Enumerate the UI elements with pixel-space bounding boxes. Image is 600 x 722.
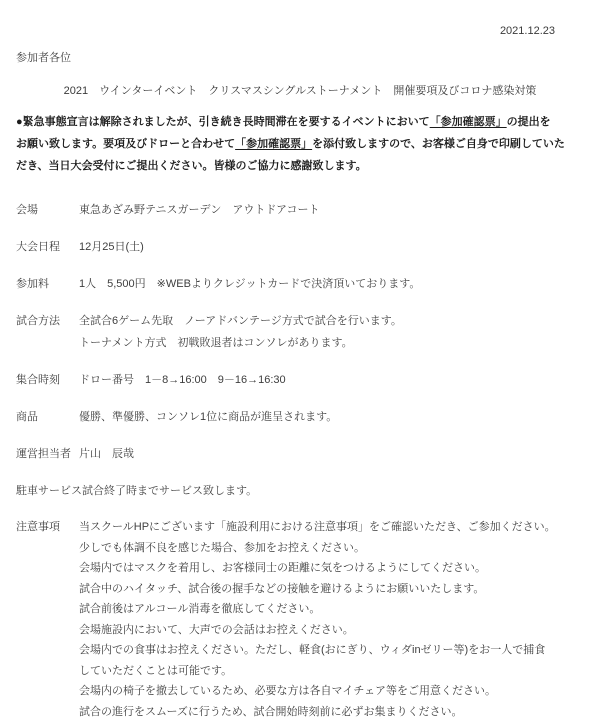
parking-value: 試合終了時までサービス致します。 xyxy=(82,480,600,502)
event-date-value: 12月25日(土) xyxy=(79,236,600,258)
notice-text: ●緊急事態宣言は解除されましたが、引き続き長時間滞在を要するイベントにおいて xyxy=(16,116,430,128)
document-title: 2021 ウインターイベント クリスマスシングルストーナメント 開催要項及びコロ… xyxy=(0,84,600,99)
notice-line: お願い致します。要項及びドローと合わせて「参加確認票」を添付致しますので、お客様… xyxy=(16,133,600,155)
notes-value-line: 会場内ではマスクを着用し、お客様同士の距離に気をつけるようにしてください。 xyxy=(79,558,600,579)
document-date: 2021.12.23 xyxy=(16,24,600,39)
parking-value-line: 試合終了時までサービス致します。 xyxy=(82,480,600,502)
entry-fee-value-line: 1人 5,500円 ※WEBよりクレジットカードで決済頂いております。 xyxy=(79,273,600,295)
info-rows: 会場東急あざみ野テニスガーデン アウトドアコート大会日程12月25日(土)参加料… xyxy=(16,199,600,722)
match-format-value: 全試合6ゲーム先取 ノーアドバンテージ方式で試合を行います。トーナメント方式 初… xyxy=(79,310,600,354)
parking-label: 駐車サービス xyxy=(16,480,82,502)
manager-value-line: 片山 辰哉 xyxy=(79,443,600,465)
notice-text: を添付致しますので、お客様ご自身で印刷していた xyxy=(312,138,565,150)
info-row-prizes: 商品優勝、準優勝、コンソレ1位に商品が進呈されます。 xyxy=(16,406,600,428)
document-page: 2021.12.23 参加者各位 2021 ウインターイベント クリスマスシング… xyxy=(0,0,600,722)
prizes-value: 優勝、準優勝、コンソレ1位に商品が進呈されます。 xyxy=(79,406,600,428)
notes-value-line: 試合の進行をスムーズに行うため、試合開始時刻前に必ずお集まりください。 xyxy=(79,702,600,722)
info-row-event-date: 大会日程12月25日(土) xyxy=(16,236,600,258)
notice-text: お願い致します。要項及びドローと合わせて xyxy=(16,138,235,150)
info-row-parking: 駐車サービス試合終了時までサービス致します。 xyxy=(16,480,600,502)
venue-label: 会場 xyxy=(16,199,79,221)
info-row-entry-fee: 参加料1人 5,500円 ※WEBよりクレジットカードで決済頂いております。 xyxy=(16,273,600,295)
notes-value-line: 会場施設内において、大声での会話はお控えください。 xyxy=(79,620,600,641)
notes-value-line: していただくことは可能です。 xyxy=(79,661,600,682)
info-row-meeting-time: 集合時刻ドロー番号 1－8→16:00 9－16→16:30 xyxy=(16,369,600,391)
venue-value: 東急あざみ野テニスガーデン アウトドアコート xyxy=(79,199,600,221)
meeting-time-value-line: ドロー番号 1－8→16:00 9－16→16:30 xyxy=(79,369,600,391)
meeting-time-label: 集合時刻 xyxy=(16,369,79,391)
notes-value-line: 試合中のハイタッチ、試合後の握手などの接触を避けるようにお願いいたします。 xyxy=(79,579,600,600)
info-row-manager: 運営担当者片山 辰哉 xyxy=(16,443,600,465)
notes-value: 当スクールHPにございます「施設利用における注意事項」をご確認いただき、ご参加く… xyxy=(79,517,600,722)
addressee: 参加者各位 xyxy=(16,51,600,66)
entry-fee-label: 参加料 xyxy=(16,273,79,295)
notice-paragraph: ●緊急事態宣言は解除されましたが、引き続き長時間滞在を要するイベントにおいて「参… xyxy=(16,111,600,177)
notice-line: だき、当日大会受付にご提出ください。皆様のご協力に感謝致します。 xyxy=(16,155,600,177)
manager-value: 片山 辰哉 xyxy=(79,443,600,465)
info-row-venue: 会場東急あざみ野テニスガーデン アウトドアコート xyxy=(16,199,600,221)
entry-fee-value: 1人 5,500円 ※WEBよりクレジットカードで決済頂いております。 xyxy=(79,273,600,295)
venue-value-line: 東急あざみ野テニスガーデン アウトドアコート xyxy=(79,199,600,221)
info-row-match-format: 試合方法全試合6ゲーム先取 ノーアドバンテージ方式で試合を行います。トーナメント… xyxy=(16,310,600,354)
match-format-label: 試合方法 xyxy=(16,310,79,354)
notes-value-line: 少しでも体調不良を感じた場合、参加をお控えください。 xyxy=(79,538,600,559)
meeting-time-value: ドロー番号 1－8→16:00 9－16→16:30 xyxy=(79,369,600,391)
notes-value-line: 会場内での食事はお控えください。ただし、軽食(おにぎり、ウィダinゼリー等)をお… xyxy=(79,640,600,661)
prizes-label: 商品 xyxy=(16,406,79,428)
match-format-value-line: トーナメント方式 初戦敗退者はコンソレがあります。 xyxy=(79,332,600,354)
notes-value-line: 当スクールHPにございます「施設利用における注意事項」をご確認いただき、ご参加く… xyxy=(79,517,600,538)
event-date-label: 大会日程 xyxy=(16,236,79,258)
notice-text: だき、当日大会受付にご提出ください。皆様のご協力に感謝致します。 xyxy=(16,160,367,172)
event-date-value-line: 12月25日(土) xyxy=(79,236,600,258)
notes-value-line: 会場内の椅子を撤去しているため、必要な方は各自マイチェア等をご用意ください。 xyxy=(79,681,600,702)
notice-underlined-text: 「参加確認票」 xyxy=(430,116,507,128)
prizes-value-line: 優勝、準優勝、コンソレ1位に商品が進呈されます。 xyxy=(79,406,600,428)
notes-value-line: 試合前後はアルコール消毒を徹底してください。 xyxy=(79,599,600,620)
match-format-value-line: 全試合6ゲーム先取 ノーアドバンテージ方式で試合を行います。 xyxy=(79,310,600,332)
notes-label: 注意事項 xyxy=(16,517,79,722)
notice-line: ●緊急事態宣言は解除されましたが、引き続き長時間滞在を要するイベントにおいて「参… xyxy=(16,111,600,133)
info-row-notes: 注意事項当スクールHPにございます「施設利用における注意事項」をご確認いただき、… xyxy=(16,517,600,722)
notice-underlined-text: 「参加確認票」 xyxy=(235,138,312,150)
manager-label: 運営担当者 xyxy=(16,443,79,465)
notice-text: の提出を xyxy=(507,116,551,128)
